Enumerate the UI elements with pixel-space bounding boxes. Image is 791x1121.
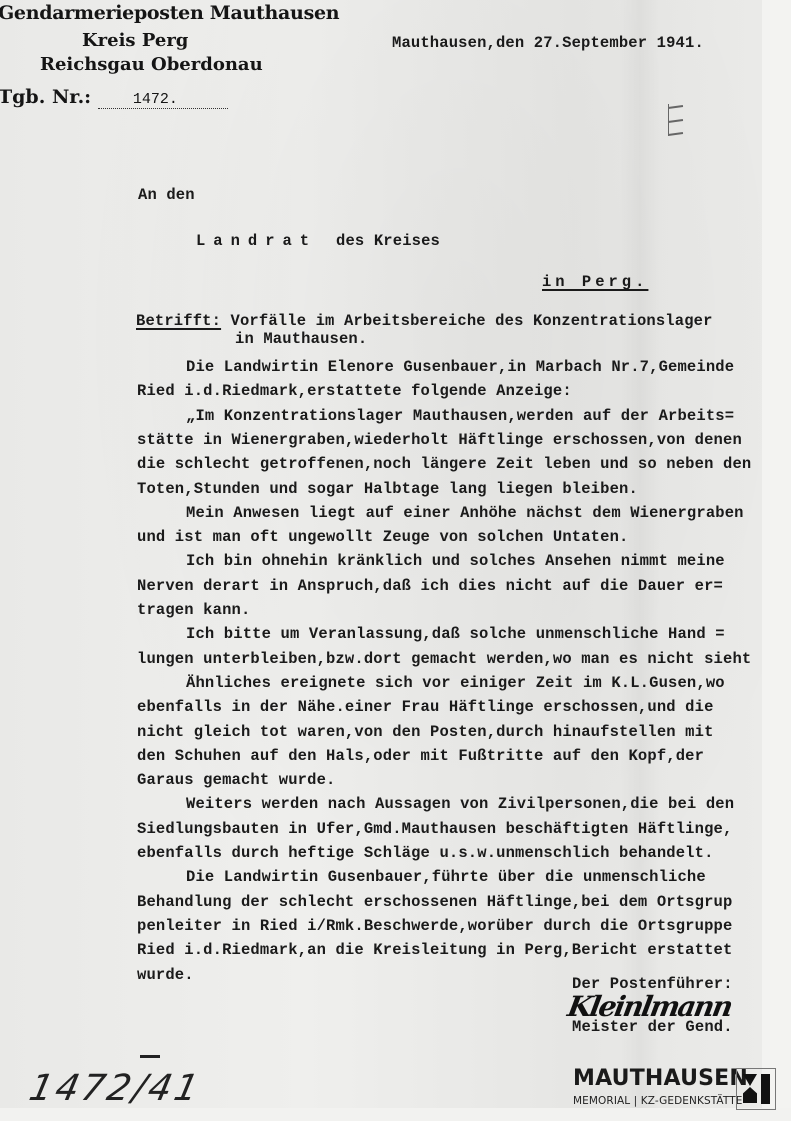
scan-margin bbox=[762, 0, 791, 1121]
archive-logo-subtitle: MEMORIAL | KZ-GEDENKSTÄTTE bbox=[573, 1095, 748, 1107]
pencil-marks bbox=[665, 100, 683, 140]
signature-rank: Meister der Gend. bbox=[572, 1018, 733, 1036]
letterhead-district: Kreis Perg bbox=[82, 30, 188, 51]
body-line: Ich bin ohnehin kränklich und solches An… bbox=[186, 552, 725, 570]
body-line: Die Landwirtin Gusenbauer,führte über di… bbox=[186, 868, 706, 886]
body-line: ebenfalls durch heftige Schläge u.s.w.un… bbox=[137, 844, 714, 862]
body-line: stätte in Wienergraben,wiederholt Häftli… bbox=[137, 431, 742, 449]
body-line: ebenfalls in der Nähe.einer Frau Häftlin… bbox=[137, 698, 714, 716]
letterhead-office: Gendarmerieposten Mauthausen bbox=[0, 2, 339, 24]
body-line: Ried i.d.Riedmark,erstattete folgende An… bbox=[137, 382, 572, 400]
body-line: den Schuhen auf den Hals,oder mit Fußtri… bbox=[137, 747, 704, 765]
handwritten-file-number: 1472/41 bbox=[26, 1068, 205, 1109]
body-line: Toten,Stunden und sogar Halbtage lang li… bbox=[137, 480, 638, 498]
recipient-location: in Perg. bbox=[542, 273, 648, 291]
body-line: penleiter in Ried i/Rmk.Beschwerde,worüb… bbox=[137, 917, 732, 935]
body-line: Mein Anwesen liegt auf einer Anhöhe näch… bbox=[186, 504, 744, 522]
body-line: Siedlungsbauten in Ufer,Gmd.Mauthausen b… bbox=[137, 820, 732, 838]
body-line: Behandlung der schlecht erschossenen Häf… bbox=[137, 893, 732, 911]
body-line: Garaus gemacht wurde. bbox=[137, 771, 335, 789]
subject-label: Betrifft: bbox=[136, 312, 221, 330]
body-line: „Im Konzentrationslager Mauthausen,werde… bbox=[186, 407, 734, 425]
recipient-salutation: An den bbox=[138, 186, 195, 204]
archive-logo-title: MAUTHAUSEN bbox=[573, 1068, 748, 1090]
subject-line-2: in Mauthausen. bbox=[235, 330, 367, 348]
journal-number-value: 1472. bbox=[98, 91, 228, 109]
journal-number-label: Tgb. Nr.: bbox=[0, 86, 91, 108]
body-line: und ist man oft ungewollt Zeuge von solc… bbox=[137, 528, 628, 546]
handwritten-overline bbox=[140, 1055, 160, 1058]
letterhead-region: Reichsgau Oberdonau bbox=[40, 54, 263, 75]
recipient-title-spaced: Landrat bbox=[196, 232, 317, 250]
recipient-title: Landrat des Kreises bbox=[196, 232, 440, 250]
body-line: die schlecht getroffenen,noch längere Ze… bbox=[137, 455, 751, 473]
body-line: Nerven derart in Anspruch,daß ich dies n… bbox=[137, 577, 723, 595]
body-line: tragen kann. bbox=[137, 601, 250, 619]
body-line: Die Landwirtin Elenore Gusenbauer,in Mar… bbox=[186, 358, 734, 376]
body-line: Ähnliches ereignete sich vor einiger Zei… bbox=[186, 674, 725, 692]
recipient-title-rest: des Kreises bbox=[336, 232, 440, 250]
body-line: Ried i.d.Riedmark,an die Kreisleitung in… bbox=[137, 941, 732, 959]
archive-monogram-icon bbox=[736, 1068, 776, 1110]
subject-line-1: Vorfälle im Arbeitsbereiche des Konzentr… bbox=[231, 312, 713, 330]
body-line: lungen unterbleiben,bzw.dort gemacht wer… bbox=[137, 650, 751, 668]
archive-logo: MAUTHAUSEN MEMORIAL | KZ-GEDENKSTÄTTE bbox=[573, 1068, 748, 1107]
subject: Betrifft: Vorfälle im Arbeitsbereiche de… bbox=[136, 312, 713, 330]
body-line: wurde. bbox=[137, 966, 194, 984]
body-line: nicht gleich tot waren,von den Posten,du… bbox=[137, 723, 714, 741]
date-line: Mauthausen,den 27.September 1941. bbox=[392, 34, 704, 52]
scan-bottom-edge bbox=[0, 1108, 791, 1121]
body-line: Ich bitte um Veranlassung,daß solche unm… bbox=[186, 625, 725, 643]
journal-number: Tgb. Nr.: 1472. bbox=[0, 86, 228, 109]
body-line: Weiters werden nach Aussagen von Zivilpe… bbox=[186, 795, 734, 813]
